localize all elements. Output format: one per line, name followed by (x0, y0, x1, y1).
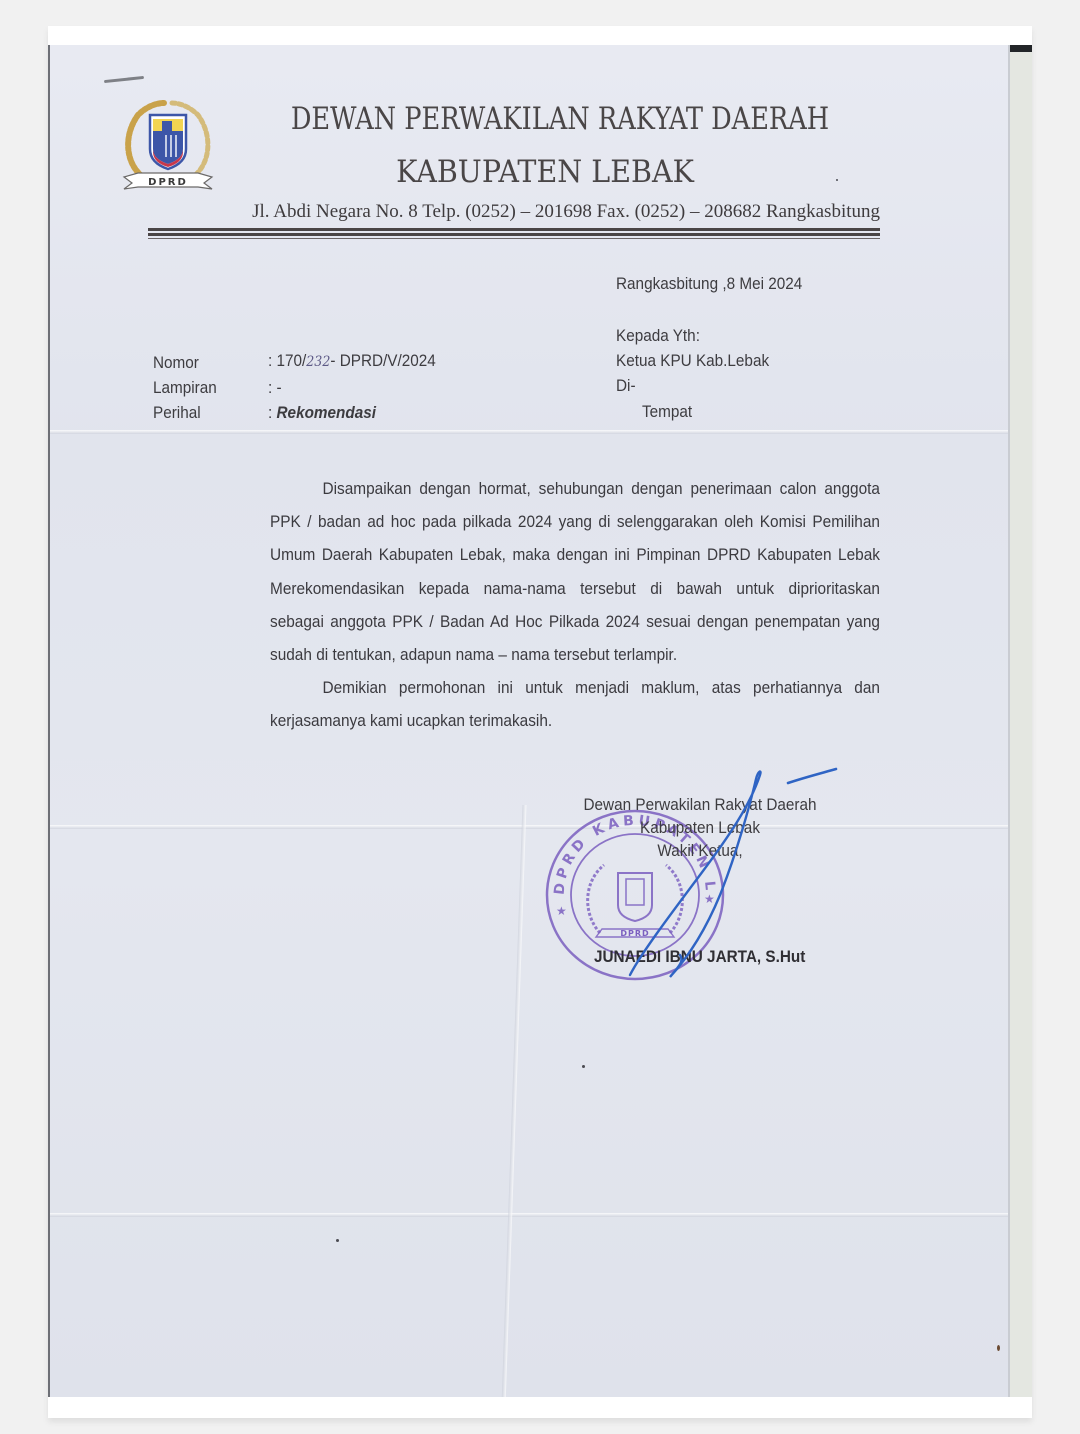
body-line: sudah di tentukan, adapun nama – nama te… (270, 638, 880, 671)
body-paragraph-1: Disampaikan dengan hormat, sehubungan de… (270, 472, 880, 671)
fold-line-vertical (502, 805, 527, 1397)
scan-speck (836, 179, 838, 181)
letterhead-address: Jl. Abdi Negara No. 8 Telp. (0252) – 201… (200, 201, 880, 223)
nomor-handwritten: 232 (306, 354, 330, 370)
body-line: Disampaikan dengan hormat, sehubungan de… (270, 472, 880, 505)
body-line: Merekomendasikan kepada nama-nama terseb… (270, 572, 880, 605)
body-line: kerjasamanya kami ucapkan terimakasih. (270, 704, 880, 737)
recipient-name: Ketua KPU Kab.Lebak (616, 351, 769, 371)
recipient-greeting: Kepada Yth: (616, 326, 700, 346)
recipient-place: Tempat (642, 402, 692, 422)
scan-edge-shadow (1010, 45, 1032, 52)
staple-mark (104, 76, 144, 83)
body-paragraph-2: Demikian permohonan ini untuk menjadi ma… (270, 671, 880, 737)
scan-edge (1008, 45, 1032, 1397)
letterhead-rule (148, 233, 880, 236)
letterhead-region: KABUPATEN LEBAK (393, 154, 697, 190)
body-line: Demikian permohonan ini untuk menjadi ma… (270, 671, 880, 704)
body-line: PPK / badan ad hoc pada pilkada 2024 yan… (270, 505, 880, 538)
nomor-label: Nomor (153, 353, 199, 373)
handwritten-signature-icon (610, 765, 870, 985)
perihal-value: : Rekomendasi (268, 403, 376, 423)
letterhead-rule (148, 228, 880, 231)
lampiran-value: : - (268, 378, 282, 398)
perihal-subject: Rekomendasi (277, 403, 376, 422)
scan-speck (582, 1065, 585, 1068)
recipient-di: Di- (616, 376, 636, 396)
body-line: sebagai anggota PPK / Badan Ad Hoc Pilka… (270, 605, 880, 638)
nomor-value: : 170/232- DPRD/V/2024 (268, 351, 436, 371)
fold-line (50, 1213, 1010, 1217)
svg-text:★: ★ (556, 904, 567, 918)
scan-speck (336, 1239, 339, 1242)
fold-line (50, 430, 1010, 434)
scan-speck (997, 1345, 1000, 1351)
letter-paper: DPRD DEWAN PERWAKILAN RAKYAT DAERAH KABU… (48, 45, 1010, 1397)
perihal-label: Perihal (153, 403, 201, 423)
dprd-emblem-icon: DPRD (116, 97, 220, 193)
svg-text:DPRD: DPRD (148, 177, 188, 188)
letterhead-rule (148, 238, 880, 239)
scanned-document: DPRD DEWAN PERWAKILAN RAKYAT DAERAH KABU… (48, 45, 1032, 1397)
nomor-suffix: - DPRD/V/2024 (330, 351, 435, 370)
letterhead-institution: DEWAN PERWAKILAN RAKYAT DAERAH (229, 101, 891, 137)
lampiran-label: Lampiran (153, 378, 217, 398)
nomor-prefix: : 170/ (268, 351, 306, 370)
body-line: Umum Daerah Kabupaten Lebak, maka dengan… (270, 538, 880, 571)
place-date: Rangkasbitung ,8 Mei 2024 (616, 274, 802, 294)
